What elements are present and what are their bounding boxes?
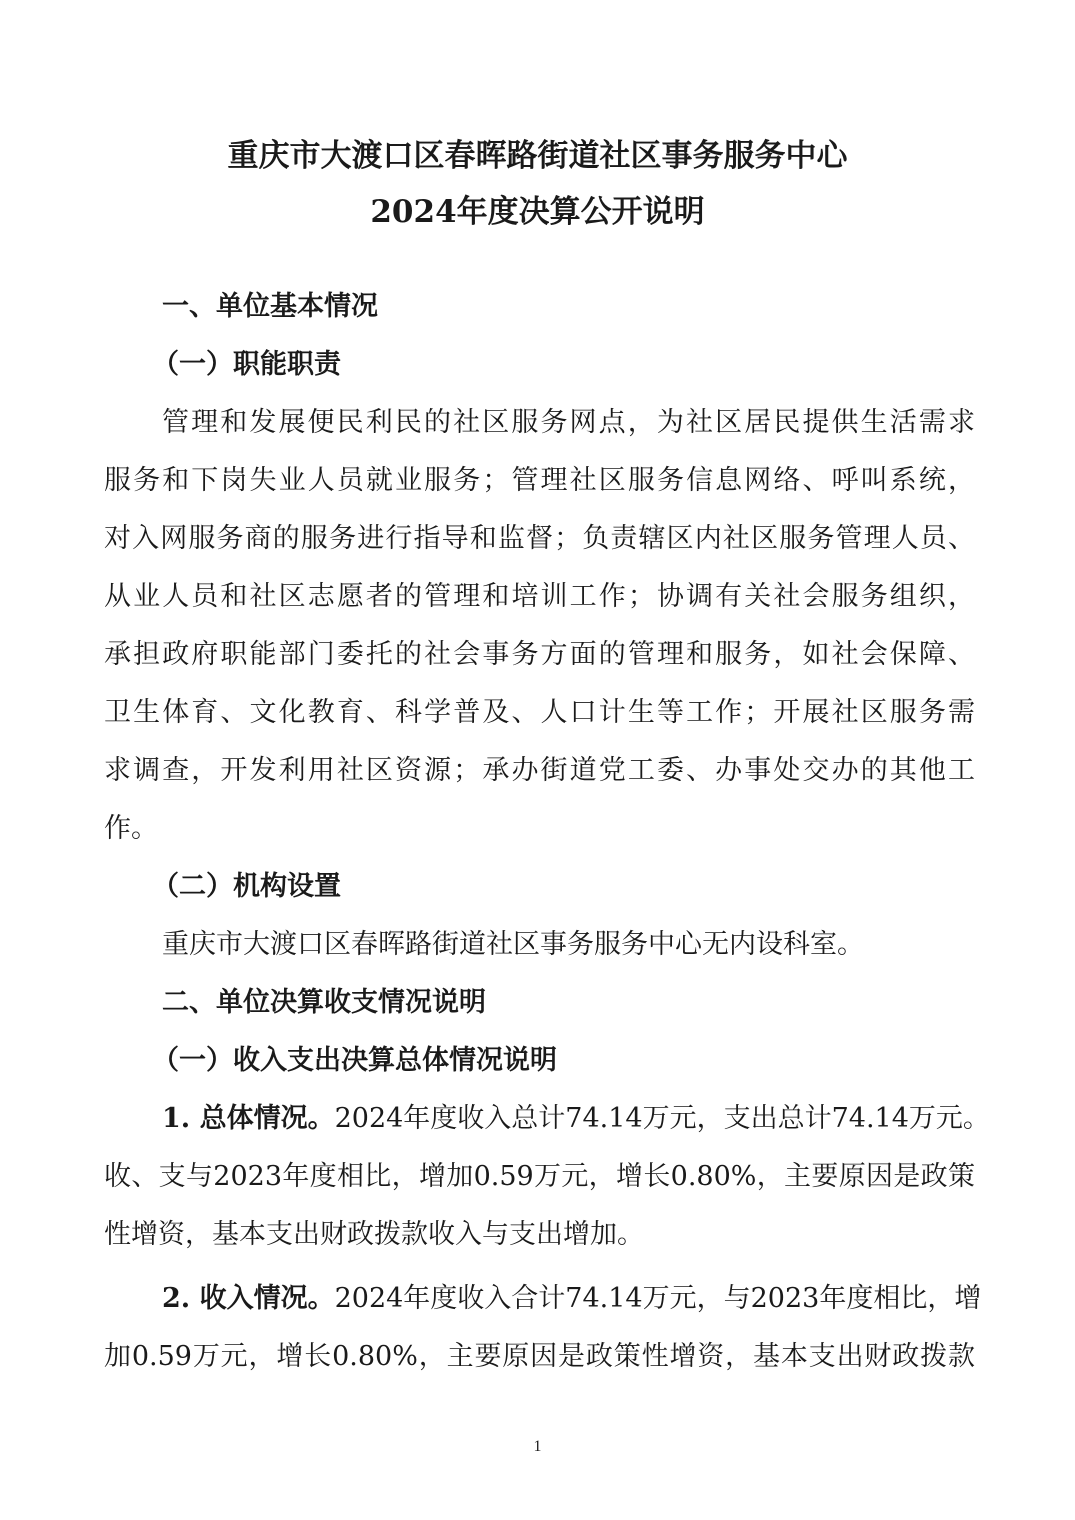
paragraph-line: 作。 [104, 806, 975, 845]
item1-label: 1. 总体情况。 [162, 1103, 335, 1134]
paragraph-line: 收、支与2023年度相比，增加0.59万元，增长0.80%，主要原因是政策 [104, 1154, 975, 1193]
paragraph-line: 对入网服务商的服务进行指导和监督；负责辖区内社区服务管理人员、 [104, 516, 975, 555]
paragraph-line: 求调查，开发利用社区资源；承办街道党工委、办事处交办的其他工 [104, 748, 975, 787]
document-title-line2: 2024年度决算公开说明 [0, 186, 1075, 231]
paragraph-line: 从业人员和社区志愿者的管理和培训工作；协调有关社会服务组织， [104, 574, 975, 613]
section1-sub2-heading: （二）机构设置 [152, 864, 341, 903]
item2-label: 2. 收入情况。 [162, 1283, 335, 1314]
section2-sub1-heading: （一）收入支出决算总体情况说明 [152, 1038, 557, 1077]
paragraph-line: 重庆市大渡口区春晖路街道社区事务服务中心无内设科室。 [162, 922, 975, 961]
section1-sub1-heading: （一）职能职责 [152, 342, 341, 381]
item2-text: 2024年度收入合计74.14万元，与2023年度相比，增 [335, 1283, 982, 1314]
section2-heading: 二、单位决算收支情况说明 [162, 980, 486, 1019]
document-title-line1: 重庆市大渡口区春晖路街道社区事务服务中心 [0, 130, 1075, 175]
paragraph-line: 卫生体育、文化教育、科学普及、人口计生等工作；开展社区服务需 [104, 690, 975, 729]
paragraph-line: 加0.59万元，增长0.80%，主要原因是政策性增资，基本支出财政拨款 [104, 1334, 975, 1373]
paragraph-line: 管理和发展便民利民的社区服务网点，为社区居民提供生活需求 [162, 400, 975, 439]
paragraph-line-item2: 2. 收入情况。2024年度收入合计74.14万元，与2023年度相比，增 [162, 1276, 975, 1315]
document-page: 重庆市大渡口区春晖路街道社区事务服务中心 2024年度决算公开说明 一、单位基本… [0, 0, 1075, 1520]
paragraph-line: 性增资，基本支出财政拨款收入与支出增加。 [104, 1212, 975, 1251]
page-number: 1 [0, 1438, 1075, 1456]
paragraph-line: 服务和下岗失业人员就业服务；管理社区服务信息网络、呼叫系统， [104, 458, 975, 497]
paragraph-line: 承担政府职能部门委托的社会事务方面的管理和服务，如社会保障、 [104, 632, 975, 671]
item1-text: 2024年度收入总计74.14万元，支出总计74.14万元。 [335, 1103, 990, 1134]
section1-heading: 一、单位基本情况 [162, 284, 378, 323]
paragraph-line-item1: 1. 总体情况。2024年度收入总计74.14万元，支出总计74.14万元。 [162, 1096, 975, 1135]
